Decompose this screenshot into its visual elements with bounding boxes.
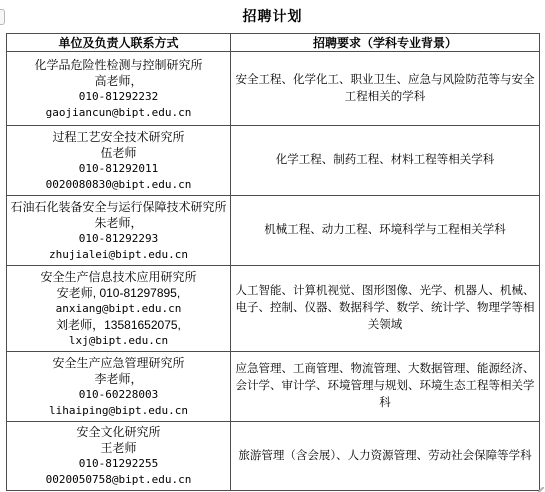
requirement-text: 机械工程、动力工程、环境科学与工程相关学科 (234, 222, 536, 239)
contact-phone: 010-81292232 (8, 89, 229, 105)
requirements-cell: 化学工程、制药工程、材料工程等相关学科 (231, 126, 540, 196)
contact-phone: 010-81292255 (8, 456, 229, 472)
contact-email: gaojiancun@bipt.edu.cn (8, 105, 229, 121)
contact-person: 李老师， (8, 371, 229, 387)
table-row: 安全生产应急管理研究所 李老师， 010-60228003 lihaiping@… (7, 352, 540, 422)
contact-phone: 010-81292011 (8, 161, 229, 177)
contact-person: 朱老师， (8, 215, 229, 231)
table-row: 过程工艺安全技术研究所 伍老师 010-81292011 0020080830@… (7, 126, 540, 196)
contact-person-phone: 安老师, 010-81297895, (8, 285, 229, 301)
contact-email: 0020080830@bipt.edu.cn (8, 177, 229, 193)
contact-person-phone: 刘老师，13581652075, (8, 317, 229, 333)
table-row: 化学品危险性检测与控制研究所 高老师， 010-81292232 gaojian… (7, 52, 540, 126)
requirements-cell: 人工智能、计算机视觉、图形图像、光学、机器人、机械、电子、控制、仪器、数据科学、… (231, 266, 540, 352)
header-requirements: 招聘要求（学科专业背景） (231, 34, 540, 52)
document-page: 招聘计划 单位及负责人联系方式 招聘要求（学科专业背景） 化学品危险性检测与控制… (0, 0, 545, 492)
unit-name: 过程工艺安全技术研究所 (8, 129, 229, 145)
corner-artifact (537, 487, 544, 492)
header-unit-contact: 单位及负责人联系方式 (7, 34, 231, 52)
requirement-text: 旅游管理（含会展）、人力资源管理、劳动社会保障等学科 (234, 448, 536, 465)
requirement-text: 化学工程、制药工程、材料工程等相关学科 (234, 152, 536, 169)
contact-email: 0020050758@bipt.edu.cn (8, 472, 229, 488)
table-header-row: 单位及负责人联系方式 招聘要求（学科专业背景） (7, 34, 540, 52)
unit-cell: 过程工艺安全技术研究所 伍老师 010-81292011 0020080830@… (7, 126, 231, 196)
unit-name: 安全生产应急管理研究所 (8, 355, 229, 371)
unit-cell: 安全文化研究所 王老师 010-81292255 0020050758@bipt… (7, 422, 231, 491)
contact-phone: 010-60228003 (8, 387, 229, 403)
unit-name: 石油石化装备安全与运行保障技术研究所 (8, 199, 229, 215)
requirements-cell: 应急管理、工商管理、物流管理、大数据管理、能源经济、会计学、审计学、环境管理与规… (231, 352, 540, 422)
contact-email: lxj@bipt.edu.cn (8, 333, 229, 349)
requirements-cell: 机械工程、动力工程、环境科学与工程相关学科 (231, 196, 540, 266)
contact-email: anxiang@bipt.edu.cn (8, 301, 229, 317)
contact-person: 伍老师 (8, 145, 229, 161)
document-title: 招聘计划 (0, 6, 545, 26)
contact-person: 王老师 (8, 440, 229, 456)
table-row: 安全生产信息技术应用研究所 安老师, 010-81297895, anxiang… (7, 266, 540, 352)
requirement-text: 安全工程、化学化工、职业卫生、应急与风险防范等与安全工程相关的学科 (234, 72, 536, 106)
unit-cell: 石油石化装备安全与运行保障技术研究所 朱老师， 010-81292293 zhu… (7, 196, 231, 266)
contact-email: zhujialei@bipt.edu.cn (8, 247, 229, 263)
unit-name: 安全文化研究所 (8, 424, 229, 440)
unit-cell: 安全生产信息技术应用研究所 安老师, 010-81297895, anxiang… (7, 266, 231, 352)
unit-name: 安全生产信息技术应用研究所 (8, 269, 229, 285)
requirement-text: 人工智能、计算机视觉、图形图像、光学、机器人、机械、电子、控制、仪器、数据科学、… (234, 283, 536, 334)
requirements-cell: 旅游管理（含会展）、人力资源管理、劳动社会保障等学科 (231, 422, 540, 491)
unit-cell: 安全生产应急管理研究所 李老师， 010-60228003 lihaiping@… (7, 352, 231, 422)
contact-email: lihaiping@bipt.edu.cn (8, 403, 229, 419)
contact-phone: 010-81292293 (8, 231, 229, 247)
table-row: 石油石化装备安全与运行保障技术研究所 朱老师， 010-81292293 zhu… (7, 196, 540, 266)
requirements-cell: 安全工程、化学化工、职业卫生、应急与风险防范等与安全工程相关的学科 (231, 52, 540, 126)
table-row: 安全文化研究所 王老师 010-81292255 0020050758@bipt… (7, 422, 540, 491)
requirement-text: 应急管理、工商管理、物流管理、大数据管理、能源经济、会计学、审计学、环境管理与规… (234, 361, 536, 412)
contact-person: 高老师， (8, 73, 229, 89)
unit-name: 化学品危险性检测与控制研究所 (8, 57, 229, 73)
unit-cell: 化学品危险性检测与控制研究所 高老师， 010-81292232 gaojian… (7, 52, 231, 126)
recruitment-table: 单位及负责人联系方式 招聘要求（学科专业背景） 化学品危险性检测与控制研究所 高… (6, 33, 540, 491)
